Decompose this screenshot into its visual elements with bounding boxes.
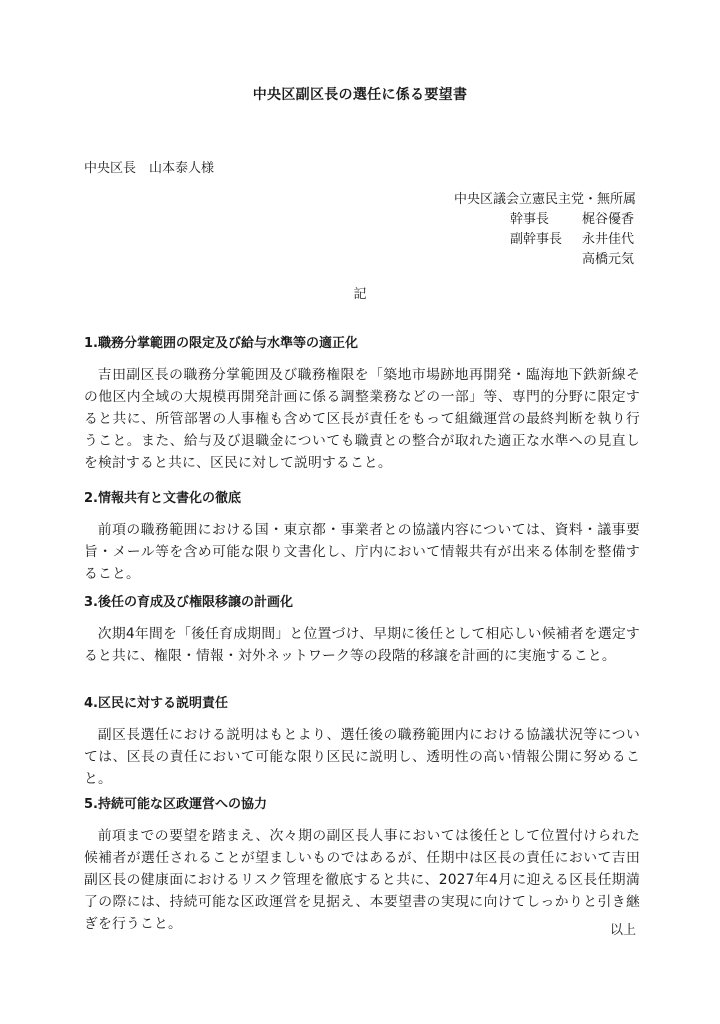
member-role: [510, 250, 582, 270]
section-heading: 4.区民に対する説明責任: [84, 694, 640, 714]
section-5: 5.持続可能な区政運営への協力 前項までの要望を踏まえ、次々期の副区長人事におい…: [84, 795, 640, 935]
ki-marker: 記: [0, 283, 720, 302]
document-title: 中央区副区長の選任に係る要望書: [0, 84, 720, 104]
section-body: 前項までの要望を踏まえ、次々期の副区長人事においては後任として位置付けられた候補…: [84, 825, 640, 935]
member-name: 高橋元気: [582, 250, 636, 270]
section-2: 2.情報共有と文書化の徹底 前項の職務範囲における国・東京都・事業者との協議内容…: [84, 489, 640, 585]
sender-organization: 中央区議会立憲民主党・無所属: [336, 190, 636, 210]
section-1: 1.職務分掌範囲の限定及び給与水準等の適正化 吉田副区長の職務分掌範囲及び職務権…: [84, 334, 640, 474]
section-body: 吉田副区長の職務分掌範囲及び職務権限を「築地市場跡地再開発・臨海地下鉄新線その他…: [84, 364, 640, 474]
section-heading: 2.情報共有と文書化の徹底: [84, 489, 640, 509]
member-role: 副幹事長: [510, 230, 582, 250]
sender-member: 幹事長 梶谷優香: [336, 210, 636, 230]
section-body: 前項の職務範囲における国・東京都・事業者との協議内容については、資料・議事要旨・…: [84, 519, 640, 585]
section-4: 4.区民に対する説明責任 副区長選任における説明はもとより、選任後の職務範囲内に…: [84, 694, 640, 790]
section-body: 次期4年間を「後任育成期間」と位置づけ、早期に後任として相応しい候補者を選定する…: [84, 623, 640, 667]
sender-member: 副幹事長 永井佳代: [336, 230, 636, 250]
member-name: 梶谷優香: [582, 210, 636, 230]
section-heading: 3.後任の育成及び権限移譲の計画化: [84, 593, 640, 613]
closing-ijou: 以上: [610, 919, 636, 938]
document-page: 中央区副区長の選任に係る要望書 中央区長 山本泰人様 中央区議会立憲民主党・無所…: [0, 0, 720, 1024]
section-3: 3.後任の育成及び権限移譲の計画化 次期4年間を「後任育成期間」と位置づけ、早期…: [84, 593, 640, 667]
section-heading: 5.持続可能な区政運営への協力: [84, 795, 640, 815]
sender-member: 高橋元気: [336, 250, 636, 270]
addressee: 中央区長 山本泰人様: [84, 157, 214, 176]
section-body: 副区長選任における説明はもとより、選任後の職務範囲内における協議状況等については…: [84, 724, 640, 790]
member-role: 幹事長: [510, 210, 582, 230]
member-name: 永井佳代: [582, 230, 636, 250]
section-heading: 1.職務分掌範囲の限定及び給与水準等の適正化: [84, 334, 640, 354]
sender-block: 中央区議会立憲民主党・無所属 幹事長 梶谷優香 副幹事長 永井佳代 高橋元気: [336, 190, 636, 270]
